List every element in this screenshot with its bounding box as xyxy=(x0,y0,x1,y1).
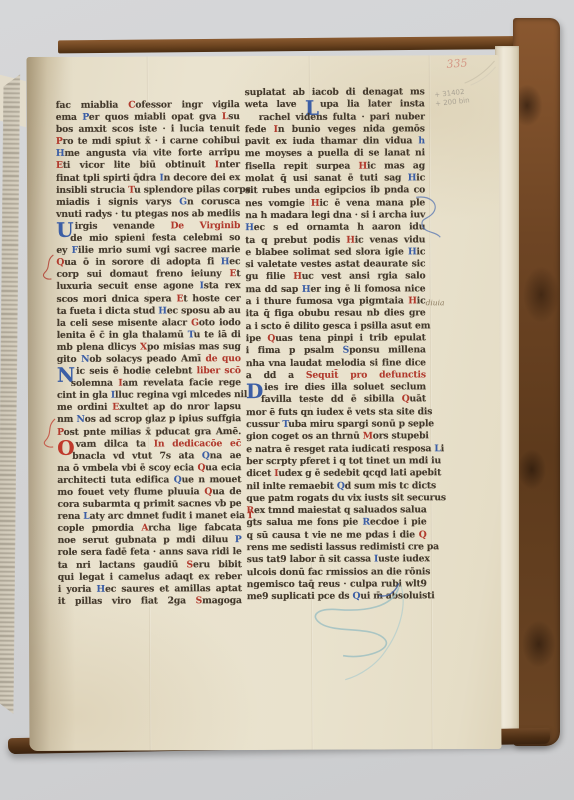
manuscript-line: qui legat i camelus adaqt ex reber xyxy=(58,571,242,584)
ink-text: ipe xyxy=(246,333,268,344)
ink-text: rachel videns fulta · pari nuber xyxy=(259,111,425,123)
ink-text: rens me sedisti lassus redimisti cre pa xyxy=(247,541,439,553)
ink-text: os ad scrop glaz p ipius suffgia xyxy=(85,414,241,426)
ink-text: eru bibit xyxy=(193,559,242,570)
manuscript-line: si valetate vestes astat deaurate sic xyxy=(245,258,425,271)
manuscript-line: scos mori dnica spera Et hoste cer xyxy=(57,293,241,306)
folio-number: 335 xyxy=(446,56,468,71)
ink-text: finat tpli spirti q̄dra xyxy=(56,172,159,183)
ink-text: cint in gla xyxy=(57,390,111,401)
ink-text: q sū causa t vie ne me pdas i die xyxy=(247,529,419,541)
leather-cover-right-board xyxy=(513,18,560,746)
manuscript-line: lenita ē c̄ in gla thalamū Tu te iā di xyxy=(57,329,241,342)
rubric-text: de quo xyxy=(205,353,240,364)
ink-text: ies ire dies illa soluet seclum xyxy=(264,381,426,393)
ink-text: nil inlte remaebit xyxy=(246,480,337,491)
ink-text: na ae xyxy=(210,450,242,461)
ink-text: ex tmnd maiestat q saluados salua xyxy=(254,504,427,516)
ink-text: dicet xyxy=(246,468,274,479)
manuscript-line: cople pmordia Archa lige fabcata xyxy=(58,522,242,535)
ink-text: it pillas viro fiat 2ga xyxy=(58,595,196,607)
ink-text: ec xyxy=(229,256,240,267)
ink-text: t xyxy=(236,268,240,279)
blue-initial: G xyxy=(179,196,187,207)
manuscript-line: q sū causa t vie ne me pdas i die Q xyxy=(247,529,427,542)
ink-text: ua ō in sorore di adopta fi xyxy=(64,256,221,268)
ink-text: ue n mouet xyxy=(182,474,242,485)
ink-text: que patm rogats du vix iusts sit securus xyxy=(246,492,446,504)
ink-text: sit rubes unda egipcios ib pnda co xyxy=(245,185,425,197)
ink-text: weta lave xyxy=(245,99,305,110)
ink-text: ta q prebut podis xyxy=(245,234,346,245)
ink-text: ob solacys peado Amī xyxy=(89,353,205,365)
ink-text: oto iodo xyxy=(199,317,241,328)
ink-text: vam dilca ta xyxy=(76,438,154,449)
ink-text: magoga xyxy=(202,595,242,606)
ink-text: lenita ē c̄ in gla thalamū xyxy=(57,329,188,341)
manuscript-line: gito Nob solacys peado Amī de quo xyxy=(57,353,241,366)
ink-text: ita q̄ figa obubu resau nb dies gre xyxy=(246,308,426,320)
ink-text: n corusca xyxy=(187,196,240,207)
manuscript-line: sit rubes unda egipcios ib pnda co xyxy=(245,185,425,198)
ink-text: ua ecia xyxy=(205,462,241,473)
manuscript-line: cint in gla Illuc regina vgi mlcedes nil xyxy=(57,389,241,402)
ink-text: gts salua me fons pie xyxy=(246,517,362,529)
ink-text: a i scto ē dilito gesca i psilla asut em xyxy=(246,320,431,332)
rubric-text: Q xyxy=(402,394,410,405)
ink-text: fac miablia xyxy=(56,100,129,111)
manuscript-line: ulcois donū fac rmissios an die rōnis xyxy=(247,566,427,579)
ink-text: uas tena pinpi i trib epulat xyxy=(275,332,426,344)
manuscript-line: Pro te mdi spiut x̄ · i carne cohibui xyxy=(56,135,240,148)
ink-text: bnacla vd vtut 7s ata xyxy=(72,450,202,462)
ink-text: n decore dei ex xyxy=(164,172,240,183)
rubric-text: Q xyxy=(56,257,64,268)
ink-text: ec sposu ab au xyxy=(167,305,241,316)
ink-text: ic xyxy=(417,295,426,306)
ink-text: vnuti radys · tu ptegas nos ab mediis xyxy=(56,208,240,220)
ink-text: nha vna laudat melodia si fine dice xyxy=(246,357,426,369)
ink-text: bos amxit scos iste · i lucia tenuit xyxy=(56,123,240,135)
blue-initial: H xyxy=(302,284,311,295)
manuscript-line: a dd a Sequit̄ pro defunctis xyxy=(246,369,426,382)
manuscript-line: bos amxit scos iste · i lucia tenuit xyxy=(56,123,240,136)
ink-text: ec s ed ornamta h aaron idu xyxy=(254,222,426,234)
ink-text: t hoste cer xyxy=(183,293,240,304)
manuscript-line: a i scto ē dilito gesca i psilla asut em xyxy=(246,320,426,333)
manuscript-line: Eti vicor lite biū obtinuit Inter xyxy=(56,160,240,173)
ink-text: na h madara legi dna · si i archa iuv xyxy=(245,209,425,221)
ink-text: molat q̄ usi sanat ē tuti sag xyxy=(245,172,408,184)
blue-initial: Q xyxy=(202,450,210,461)
rubric-text: Q xyxy=(419,529,427,540)
ink-text: e blabee solimat sed slora igie xyxy=(245,246,408,258)
ink-text: n bunio veges nida gemōs xyxy=(278,123,425,135)
manuscript-line: miadis i signis varys Gn corusca xyxy=(56,196,240,209)
manuscript-line: rena Laty arc dmnet fudit i manet eia I xyxy=(57,510,241,523)
ink-text: cora subarmta q primit sacnes vb pe xyxy=(57,498,241,510)
ink-text: ors stupebi xyxy=(373,431,429,442)
ink-text: irgis venande xyxy=(75,220,171,231)
manuscript-line: Uirgis venande De Virginib xyxy=(56,220,240,233)
ink-text: ta nri lactans gaudiū xyxy=(58,559,187,571)
rubric-text: In dedicacōe ec̄ xyxy=(154,438,241,449)
ink-text: i xyxy=(441,443,444,454)
manuscript-line: dicet Iudex g ē sedebit qcqd lati apebit xyxy=(246,467,426,480)
ink-text: nm xyxy=(57,414,76,425)
manuscript-line: ey Filie mrio sumi vgi sacree marie xyxy=(56,244,240,257)
ink-text: nter xyxy=(219,160,240,171)
manuscript-line: architecti tuta edifica Que n mouet xyxy=(57,474,241,487)
ink-text: uc vest ansi rgia salo xyxy=(302,271,426,283)
manuscript-line: a i thure fumosa vga pigmtaia Hic xyxy=(246,295,426,308)
rubric-text: H xyxy=(408,295,417,306)
ink-text: udex g ē sedebit qcqd lati apebit xyxy=(278,467,441,479)
ink-text: corp sui domaut freno ieiuny xyxy=(56,268,229,280)
manuscript-line: bnacla vd vtut 7s ata Qna ae xyxy=(57,450,241,463)
ink-text: fede xyxy=(245,124,274,135)
ink-text: ma dd sap xyxy=(245,284,301,295)
manuscript-line: it pillas viro fiat 2ga Smagoga xyxy=(58,595,242,608)
rubric-text: Q xyxy=(267,333,275,344)
manuscript-line: fac miablia Cofessor ingr vigila xyxy=(56,99,240,112)
ink-text: ua de xyxy=(212,486,241,497)
manuscript-line: ber scrpty pferet i q tot tinet un mdi i… xyxy=(246,455,426,468)
ink-text: u te iā di xyxy=(194,329,241,340)
blue-initial: N xyxy=(76,414,84,425)
ink-text: solemna xyxy=(71,378,118,389)
ink-text: pavit ex iuda thamar din vidua xyxy=(245,136,419,148)
ink-text: ec saures et amillas aptat xyxy=(105,583,242,595)
manuscript-line: ta q prebut podis Hic venas vidu xyxy=(245,234,425,247)
page-corner-layers xyxy=(462,57,496,87)
ink-text: ro te mdi spiut x̄ · i carne cohibui xyxy=(63,135,240,147)
ink-text: lluc regina vgi mlcedes nil xyxy=(115,389,247,401)
ink-text: cussur xyxy=(246,419,282,430)
manuscript-line: mor ē futs qn iudex ē vets sta site dis xyxy=(246,406,426,419)
ink-text: rcha lige fabcata xyxy=(148,522,241,533)
ink-text: sta rex xyxy=(204,281,241,292)
text-column-right: suplatat ab iacob di denagat msweta lave… xyxy=(245,86,427,603)
ink-text: ost pnte milias x̄ pducat gra Amē. xyxy=(64,426,242,438)
manuscript-line: gu filie Huc vest ansi rgia salo xyxy=(245,271,425,284)
manuscript-line: cussur Tuba miru spargi sonū p seple xyxy=(246,418,426,431)
ink-text: gu filie xyxy=(245,271,293,282)
margin-gloss: diuia xyxy=(426,298,445,307)
ink-text: ic ē vena mana ple xyxy=(319,197,425,208)
ink-text: nes vomgie xyxy=(245,197,311,208)
rubric-text: H xyxy=(358,160,367,171)
manuscript-line: ta fueta i dicta stud Hec sposu ab au xyxy=(57,305,241,318)
photo-of-manuscript-book: { "artifact": { "kind": "medieval manusc… xyxy=(0,0,574,800)
ink-text: er quos miabli opat gva xyxy=(89,111,222,123)
rubric-text: E xyxy=(176,293,183,304)
manuscript-line: solemna Iam revelata facie rege xyxy=(57,377,241,390)
ink-text: a i thure fumosa vga pigmtaia xyxy=(246,295,409,307)
blue-initial: N xyxy=(81,354,89,365)
ink-text: me angusta via vite forte arripu xyxy=(64,147,240,159)
ink-text: ulcois donū fac rmissios an die rōnis xyxy=(247,566,431,578)
rubric-text: De Virginib xyxy=(170,220,240,231)
ink-text: architecti tuta edifica xyxy=(57,474,173,486)
ink-text: mo fouet vety flume pluuia xyxy=(57,486,204,498)
ink-text: ey xyxy=(56,245,71,256)
manuscript-line: nm Nos ad scrop glaz p ipius suffgia xyxy=(57,414,241,427)
manuscript-line: luxuria secuit ense agone Ista rex xyxy=(56,281,240,294)
blue-initial: H xyxy=(408,246,417,257)
manuscript-line: na ō vmbela vbi ē scoy ecia Qua ecia xyxy=(57,462,241,475)
ink-text: suplatat ab iacob di denagat ms xyxy=(245,86,425,98)
end-flourish xyxy=(281,581,431,692)
ink-text: upa lia later insta xyxy=(320,99,425,110)
manuscript-line: nil inlte remaebit Qd sum mis tc dicts xyxy=(246,480,426,493)
ink-text: de mio spieni festa celebmi so xyxy=(70,232,240,244)
ink-text: ofessor ingr vigila xyxy=(135,99,239,110)
blue-initial: h xyxy=(418,135,425,146)
ink-text: insibli strucia xyxy=(56,184,128,195)
manuscript-line: fisella repit surpea Hic mas ag xyxy=(245,160,425,173)
manuscript-line: fede In bunio veges nida gemōs xyxy=(245,123,425,136)
manuscript-line: ema Per quos miabli opat gva Lsu xyxy=(56,111,240,124)
manuscript-line: gts salua me fons pie Recdoe i pie xyxy=(246,517,426,530)
manuscript-line: noe serut gubnata p mdi diluu P xyxy=(58,534,242,547)
manuscript-line: mb plena dlicys Xpo misias mas sug xyxy=(57,341,241,354)
blue-initial: P xyxy=(235,534,242,545)
rubric-text: liber scō xyxy=(197,365,241,376)
rubric-text: Q xyxy=(204,486,212,497)
rubric-text: Q xyxy=(197,462,205,473)
manuscript-page: 335 + 31402 + 200 bin fac miablia Cofess… xyxy=(26,55,501,751)
ink-text: d sum mis tc dicts xyxy=(345,480,436,491)
ink-text: favilla teste dd ē sibilla xyxy=(261,394,402,406)
manuscript-line: ma dd sap Her ing ē li fomosa nice xyxy=(245,283,425,296)
ink-text: ti vicor lite biū obtinuit xyxy=(63,160,215,172)
manuscript-line: favilla teste dd ē sibilla Quāt xyxy=(246,394,426,407)
ink-text: ic mas ag xyxy=(367,160,425,171)
ink-text: uāt xyxy=(410,394,426,405)
manuscript-line: i yoria Hec saures et amillas aptat xyxy=(58,583,242,596)
manuscript-line: Dies ire dies illa soluet seclum xyxy=(246,381,426,394)
manuscript-line: me ordini Exultet ap do nror lapsu xyxy=(57,401,241,414)
ink-text: ic seis ē hodie celebnt xyxy=(76,365,197,377)
ink-text: ilie mrio sumi vgi sacree marie xyxy=(78,244,240,256)
red-margin-flourish xyxy=(40,417,58,451)
ink-text: rena xyxy=(57,511,83,522)
facing-page-edge xyxy=(0,74,20,714)
ink-text: i yoria xyxy=(58,583,97,594)
ink-text: er ing ē li fomosa nice xyxy=(310,283,425,295)
manuscript-line: Ovam dilca ta In dedicacōe ec̄ xyxy=(57,438,241,451)
manuscript-line: Hec s ed ornamta h aaron idu xyxy=(245,222,425,235)
manuscript-line: que patm rogats du vix iusts sit securus xyxy=(246,492,426,505)
manuscript-line: role sera fadē feta · anns sava ridi le xyxy=(58,547,242,560)
ink-text: qui legat i camelus adaqt ex reber xyxy=(58,571,242,583)
ink-text: e natra ē resget rata iudicati resposa xyxy=(246,443,434,455)
manuscript-line: i fima p psalm Sponsu millena xyxy=(246,345,426,358)
manuscript-line: ipe Quas tena pinpi i trib epulat xyxy=(246,332,426,345)
manuscript-line: nha vna laudat melodia si fine dice xyxy=(246,357,426,370)
manuscript-line: e natra ē resget rata iudicati resposa L… xyxy=(246,443,426,456)
red-margin-flourish xyxy=(39,253,57,283)
manuscript-line: me moyses a puella di se lanat ni xyxy=(245,148,425,161)
rubric-text: Sequit̄ pro defunctis xyxy=(306,369,426,381)
ink-text: na ō vmbela vbi ē scoy ecia xyxy=(57,462,197,474)
ink-text: mb plena dlicys xyxy=(57,341,140,352)
ink-text: i fima p psalm xyxy=(246,345,343,356)
ink-text: cople pmordia xyxy=(58,523,142,534)
blue-initial: H xyxy=(221,256,230,267)
manuscript-line: rens me sedisti lassus redimisti cre pa xyxy=(247,541,427,554)
rubric-text: M xyxy=(363,431,373,442)
rubric-text: C xyxy=(128,100,135,111)
blue-cadel-flourish xyxy=(412,193,444,241)
blue-initial: H xyxy=(158,305,167,316)
manuscript-line: pavit ex iuda thamar din vidua h xyxy=(245,135,425,148)
ink-text: uste iudex xyxy=(378,554,430,565)
manuscript-line: mo fouet vety flume pluuia Qua de xyxy=(57,486,241,499)
manuscript-line: suplatat ab iacob di denagat ms xyxy=(245,86,425,99)
ink-text: ic xyxy=(417,246,426,257)
ink-text: noe serut gubnata p mdi diluu xyxy=(58,535,235,547)
manuscript-line: cora subarmta q primit sacnes vb pe xyxy=(57,498,241,511)
ink-text: la celi sese misente alacr xyxy=(57,317,192,329)
ink-text: am revelata facie rege xyxy=(122,377,241,389)
ink-text: sus tat9 labor n̄ sit cassa xyxy=(247,554,374,566)
blue-initial: H xyxy=(56,148,65,159)
ink-text: ponsu millena xyxy=(349,345,426,356)
manuscript-line: rachel videns fulta · pari nuber xyxy=(245,111,425,124)
ink-text: u splendore pilas corps xyxy=(134,184,250,196)
manuscript-line: weta lave Lupa lia later insta xyxy=(245,99,425,112)
manuscript-line: na h madara legi dna · si i archa iuv xyxy=(245,209,425,222)
manuscript-line: Hme angusta via vite forte arripu xyxy=(56,147,240,160)
manuscript-line: e blabee solimat sed slora igie Hic xyxy=(245,246,425,259)
manuscript-line: de mio spieni festa celebmi so xyxy=(56,232,240,245)
rubric-text: R xyxy=(246,505,254,516)
manuscript-line: Qua ō in sorore di adopta fi Hec xyxy=(56,256,240,269)
manuscript-line: vnuti radys · tu ptegas nos ab mediis xyxy=(56,208,240,221)
blue-initial: H xyxy=(245,222,254,233)
manuscript-line: Rex tmnd maiestat q saluados salua xyxy=(246,504,426,517)
leather-cover-top-edge xyxy=(58,36,558,54)
manuscript-line: Nic seis ē hodie celebnt liber scō xyxy=(57,365,241,378)
ink-text: luxuria secuit ense agone xyxy=(56,281,199,293)
manuscript-line: la celi sese misente alacr Goto iodo xyxy=(57,317,241,330)
ink-text: scos mori dnica spera xyxy=(57,293,177,305)
ink-text: ber scrpty pferet i q tot tinet un mdi i… xyxy=(246,455,441,467)
ink-text: fisella repit surpea xyxy=(245,160,359,171)
ink-text: miadis i signis varys xyxy=(56,196,179,208)
manuscript-line: Post pnte milias x̄ pducat gra Amē. xyxy=(57,426,241,439)
ink-text: ecdoe i pie xyxy=(370,517,427,528)
ink-text: me moyses a puella di se lanat ni xyxy=(245,148,425,160)
manuscript-line: ta nri lactans gaudiū Seru bibit xyxy=(58,559,242,572)
ink-text: mor ē futs qn iudex ē vets sta site dis xyxy=(246,406,432,418)
ink-text: me ordini xyxy=(57,402,112,413)
manuscript-line: finat tpli spirti q̄dra In decore dei ex xyxy=(56,172,240,185)
ink-text: su xyxy=(228,111,240,122)
ink-text: uba miru spargi sonū p seple xyxy=(288,418,434,430)
manuscript-line: sus tat9 labor n̄ sit cassa Iuste iudex xyxy=(247,554,427,567)
ink-text: role sera fadē feta · anns sava ridi le xyxy=(58,547,242,559)
manuscript-line: nes vomgie Hic ē vena mana ple xyxy=(245,197,425,210)
rubric-text: A xyxy=(141,523,148,534)
ink-text: si valetate vestes astat deaurate sic xyxy=(245,258,425,270)
rubric-text: E xyxy=(56,160,63,171)
ink-text: ema xyxy=(56,112,83,123)
manuscript-line: corp sui domaut freno ieiuny Et xyxy=(56,268,240,281)
manuscript-line: ita q̄ figa obubu resau nb dies gre xyxy=(246,308,426,321)
ink-text: ic xyxy=(416,172,425,183)
ink-text: aty arc dmnet fudit i manet eia xyxy=(90,510,248,522)
blue-initial: H xyxy=(408,172,417,183)
ink-text: gion coget os an thrnū xyxy=(246,431,363,443)
manuscript-line: gion coget os an thrnū Mors stupebi xyxy=(246,431,426,444)
manuscript-line: insibli strucia Tu splendore pilas corps xyxy=(56,184,240,197)
ink-text: xultet ap do nror lapsu xyxy=(119,401,241,413)
text-column-left: fac miablia Cofessor ingr vigilaema Per … xyxy=(56,99,242,608)
ink-text: po misias mas sug xyxy=(147,341,241,352)
ink-text: ta fueta i dicta stud xyxy=(57,305,159,316)
manuscript-line: molat q̄ usi sanat ē tuti sag Hic xyxy=(245,172,425,185)
